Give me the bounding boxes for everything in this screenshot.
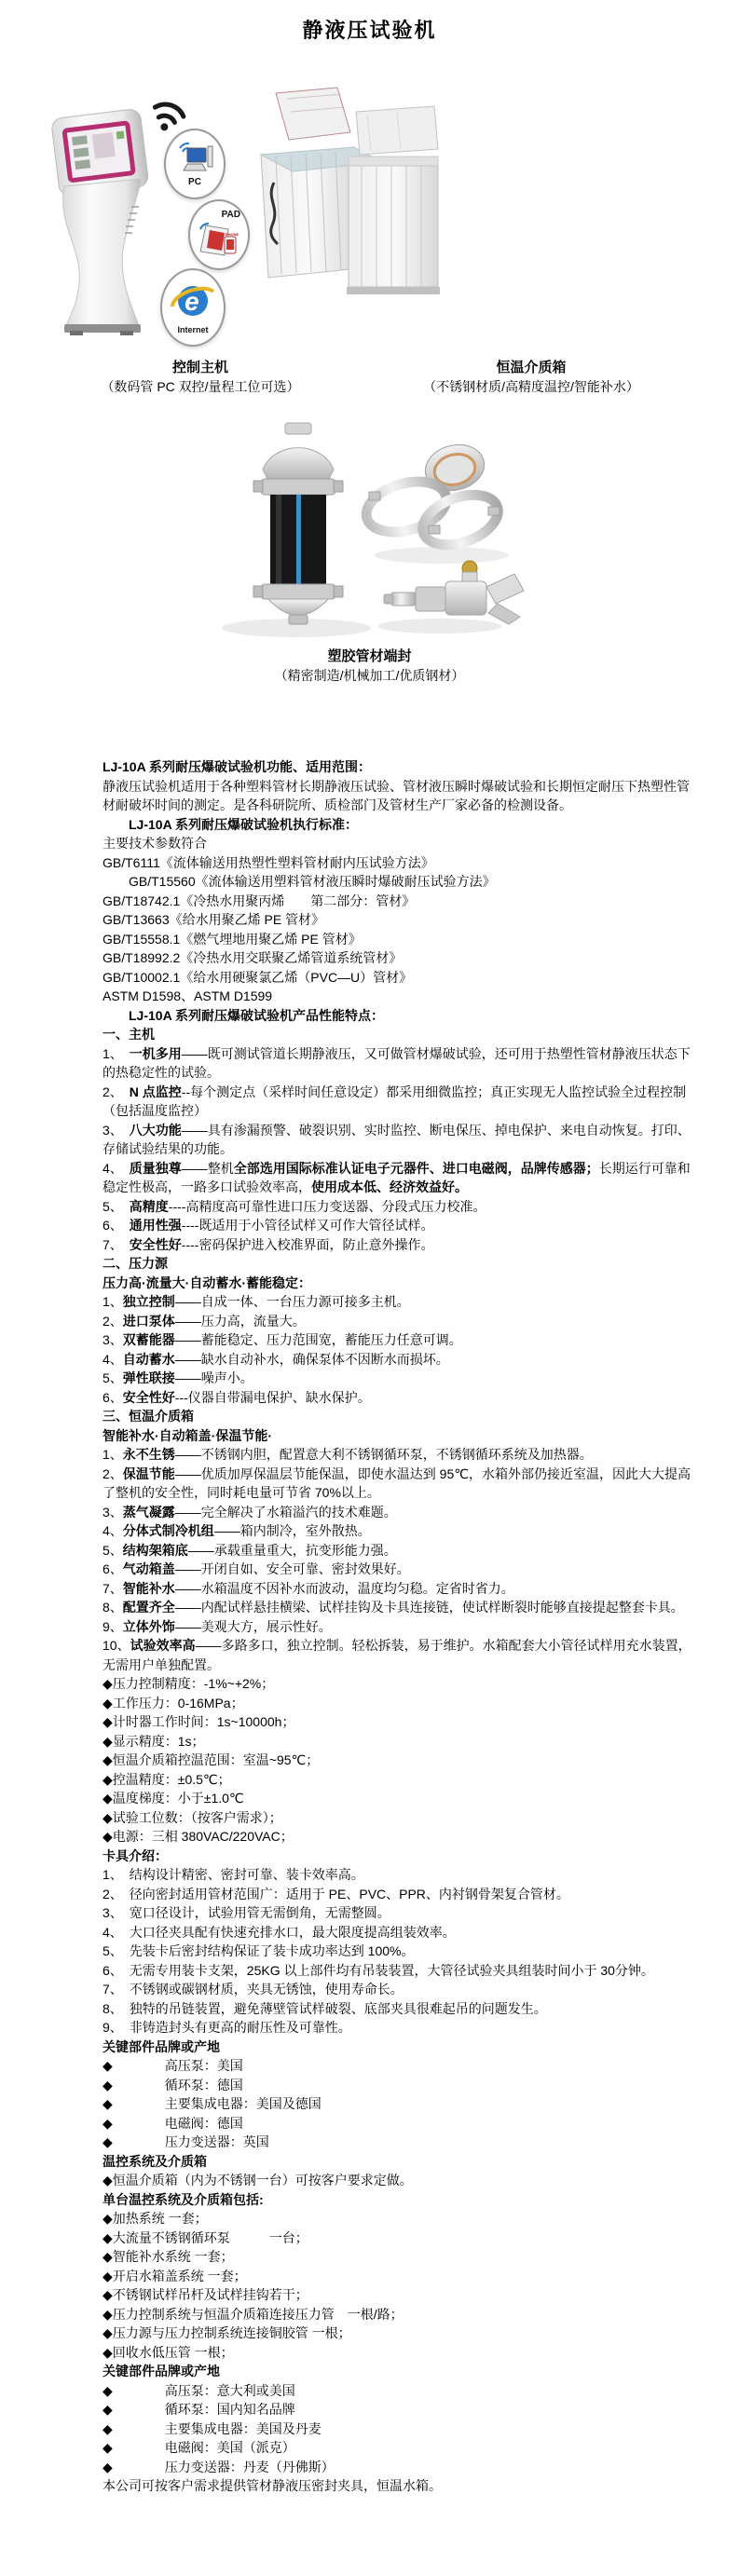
body-paragraph: ◆压力控制系统与恒温介质箱连接压力管 一根/路； <box>103 2305 693 2324</box>
pc-icon-label: PC <box>188 178 201 187</box>
body-paragraph: 7、 安全性好----密码保护进入校准界面，防止意外操作。 <box>103 1235 693 1255</box>
caption-title: 塑胶管材端封 <box>0 647 739 666</box>
body-paragraph: ◆回收水低压管 一根； <box>103 2343 693 2363</box>
body-paragraph: 三、恒温介质箱 <box>103 1407 693 1426</box>
body-paragraph: 关键部件品牌或产地 <box>103 2362 693 2381</box>
caption-control-host: 控制主机 （数码管 PC 双控/量程工位可选） <box>23 358 377 397</box>
pad-icon-label: PAD <box>222 211 240 220</box>
body-paragraph: 1、 结构设计精密、密封可靠、装卡效率高。 <box>103 1865 693 1885</box>
body-paragraph: ◆ 主要集成电器：美国及德国 <box>103 2094 693 2114</box>
body-paragraph: ◆ 压力变送器：丹麦（丹佛斯） <box>103 2458 693 2477</box>
body-paragraph: 3、 宽口径设计，试验用管无需倒角，无需整圆。 <box>103 1903 693 1923</box>
pipe-stripe <box>296 495 301 584</box>
body-paragraph: LJ-10A 系列耐压爆破试验机执行标准： <box>103 815 693 835</box>
body-paragraph: 3、双蓄能器——蓄能稳定、压力范围宽，蓄能压力任意可调。 <box>103 1330 693 1350</box>
body-paragraph: ◆电源：三相 380VAC/220VAC； <box>103 1827 693 1847</box>
page-title: 静液压试验机 <box>0 15 739 44</box>
body-paragraph: 2、进口泵体——压力高，流量大。 <box>103 1312 693 1331</box>
body-paragraph: 4、自动蓄水——缺水自动补水，确保泵体不因断水而损坏。 <box>103 1350 693 1370</box>
body-paragraph: 3、蒸气凝露——完全解决了水箱溢汽的技术难题。 <box>103 1503 693 1522</box>
body-paragraph: 卡具介绍： <box>103 1847 693 1866</box>
body-paragraph: ◆智能补水系统 一套； <box>103 2247 693 2267</box>
body-paragraph: 2、保温节能——优质加厚保温层节能保温，即使水温达到 95℃，水箱外部仍接近室温… <box>103 1465 693 1503</box>
body-paragraph: ◆ 高压泵：美国 <box>103 2056 693 2076</box>
pipe-seal-photo <box>211 417 527 643</box>
body-paragraph: GB/T18742.1《冷热水用聚丙烯 第二部分：管材》 <box>103 892 693 911</box>
internet-icon-label: Internet <box>177 325 208 334</box>
caption-title: 控制主机 <box>23 358 377 377</box>
body-paragraph: 1、永不生锈——不锈钢内胆，配置意大利不锈钢循环泵，不锈钢循环系统及加热器。 <box>103 1445 693 1465</box>
body-paragraph: 智能补水·自动箱盖·保温节能· <box>103 1426 693 1446</box>
body-paragraph: ◆ 电磁阀：德国 <box>103 2114 693 2133</box>
pad-icon: PAD PHONE <box>188 199 250 270</box>
body-paragraph: ◆开启水箱盖系统 一套； <box>103 2267 693 2286</box>
body-paragraph: 6、 无需专用装卡支架，25KG 以上部件均有吊装装置，大管径试验夹具组装时间小… <box>103 1961 693 1981</box>
body-paragraph: 6、 通用性强----既适用于小管径试样又可作大管径试样。 <box>103 1216 693 1235</box>
body-paragraph: 10、试验效率高——多路多口，独立控制。轻松拆装，易于维护。水箱配套大小管径试样… <box>103 1636 693 1674</box>
body-paragraph: ◆ 电磁阀：美国（派克） <box>103 2438 693 2458</box>
body-paragraph: 1、独立控制——自成一体、一台压力源可接多主机。 <box>103 1292 693 1312</box>
body-paragraph: 本公司可按客户需求提供管材静液压密封夹具，恒温水箱。 <box>103 2476 693 2496</box>
body-paragraph: 2、 N 点监控--每个测定点（采样时间任意设定）都采用细微监控；真正实现无人监… <box>103 1083 693 1121</box>
body-paragraph: ◆加热系统 一套； <box>103 2209 693 2228</box>
body-paragraph: 静液压试验机适用于各种塑料管材长期静液压试验、管材液压瞬时爆破试验和长期恒定耐压… <box>103 777 693 815</box>
body-paragraph: ◆温度梯度：小于±1.0℃ <box>103 1789 693 1808</box>
body-paragraph: LJ-10A 系列耐压爆破试验机产品性能特点： <box>103 1006 693 1026</box>
caption-title: 恒温介质箱 <box>363 358 699 377</box>
fitting-assembly <box>384 561 524 624</box>
body-paragraph: 4、 质量独尊——整机全部选用国际标准认证电子元器件、进口电磁阀，品牌传感器；长… <box>103 1159 693 1197</box>
wifi-icon <box>149 101 185 135</box>
body-paragraph: ◆计时器工作时间：1s~10000h； <box>103 1712 693 1732</box>
media-tank-photo <box>244 86 458 319</box>
body-paragraph: ◆显示精度：1s； <box>103 1732 693 1751</box>
body-paragraph: 一、主机 <box>103 1025 693 1044</box>
body-paragraph: 6、安全性好---仪器自带漏电保护、缺水保护。 <box>103 1388 693 1408</box>
body-paragraph: 5、结构架箱底——承载重量重大，抗变形能力强。 <box>103 1541 693 1561</box>
body-paragraph: GB/T15558.1《燃气埋地用聚乙烯 PE 管材》 <box>103 930 693 949</box>
body-paragraph: ◆压力源与压力控制系统连接铜胶管 一根； <box>103 2324 693 2343</box>
body-paragraph: 压力高·流量大·自动蓄水·蓄能稳定： <box>103 1274 693 1293</box>
body-text: LJ-10A 系列耐压爆破试验机功能、适用范围：静液压试验机适用于各种塑料管材长… <box>103 757 693 2496</box>
pc-icon: PC <box>164 129 226 199</box>
body-paragraph: ◆ 循环泵：德国 <box>103 2076 693 2095</box>
body-paragraph: 主要技术参数符合 <box>103 834 693 853</box>
caption-media-tank: 恒温介质箱 （不锈钢材质/高精度温控/智能补水） <box>363 358 699 397</box>
phone-icon-label: PHONE <box>226 232 239 237</box>
body-paragraph: 3、 八大功能——具有渗漏预警、破裂识别、实时监控、断电保压、掉电保护、来电自动… <box>103 1121 693 1159</box>
caption-sub: （精密制造/机械加工/优质钢材） <box>0 666 739 686</box>
body-paragraph: LJ-10A 系列耐压爆破试验机功能、适用范围： <box>103 757 693 777</box>
body-paragraph: ◆ 主要集成电器：美国及丹麦 <box>103 2419 693 2439</box>
body-paragraph: 5、 先装卡后密封结构保证了装卡成功率达到 100%。 <box>103 1942 693 1961</box>
body-paragraph: 二、压力源 <box>103 1254 693 1274</box>
body-paragraph: 4、 大口径夹具配有快速充排水口，最大限度提高组装效率。 <box>103 1923 693 1942</box>
body-paragraph: GB/T15560《流体输送用塑料管材液压瞬时爆破耐压试验方法》 <box>103 872 693 892</box>
body-paragraph: ◆工作压力：0-16MPa； <box>103 1694 693 1713</box>
body-paragraph: ◆压力控制精度：-1%~+2%； <box>103 1674 693 1694</box>
body-paragraph: 关键部件品牌或产地 <box>103 2038 693 2057</box>
body-paragraph: ◆大流量不锈钢循环泵 一台； <box>103 2228 693 2248</box>
body-paragraph: 5、弹性联接——噪声小。 <box>103 1369 693 1388</box>
body-paragraph: 8、配置齐全——内配试样悬挂横梁、试样挂钩及卡具连接链，使试样断裂时能够直接提起… <box>103 1598 693 1617</box>
caption-sub: （数码管 PC 双控/量程工位可选） <box>23 377 377 397</box>
body-paragraph: ◆ 压力变送器：英国 <box>103 2133 693 2152</box>
body-paragraph: ◆控温精度：±0.5℃； <box>103 1770 693 1790</box>
console-body <box>63 179 141 326</box>
body-paragraph: 4、分体式制冷机组——箱内制冷，室外散热。 <box>103 1521 693 1541</box>
body-paragraph: 7、 不锈钢或碳钢材质，夹具无锈蚀，使用寿命长。 <box>103 1980 693 1999</box>
body-paragraph: 7、智能补水——水箱温度不因补水而波动，温度均匀稳。定省时省力。 <box>103 1579 693 1599</box>
tank-right <box>347 106 440 294</box>
body-paragraph: 单台温控系统及介质箱包括: <box>103 2190 693 2210</box>
body-paragraph: 1、 一机多用——既可测试管道长期静液压，又可做管材爆破试验，还可用于热塑性管材… <box>103 1044 693 1083</box>
body-paragraph: 5、 高精度----高精度高可靠性进口压力变送器、分段式压力校准。 <box>103 1197 693 1217</box>
body-paragraph: ◆不锈钢试样吊杆及试样挂钩若干； <box>103 2285 693 2305</box>
clamp-rings <box>361 439 505 554</box>
body-paragraph: ◆ 循环泵：国内知名品牌 <box>103 2400 693 2419</box>
body-paragraph: GB/T10002.1《给水用硬聚氯乙烯（PVC—U）管材》 <box>103 968 693 988</box>
body-paragraph: ASTM D1598、ASTM D1599 <box>103 987 693 1006</box>
body-paragraph: 8、 独特的吊链装置，避免薄壁管试样破裂、底部夹具很难起吊的问题发生。 <box>103 1999 693 2019</box>
body-paragraph: 温控系统及介质箱 <box>103 2152 693 2172</box>
body-paragraph: GB/T6111《流体输送用热塑性塑料管材耐内压试验方法》 <box>103 853 693 873</box>
internet-icon: e Internet <box>160 268 226 347</box>
body-paragraph: GB/T13663《给水用聚乙烯 PE 管材》 <box>103 910 693 930</box>
caption-sub: （不锈钢材质/高精度温控/智能补水） <box>363 377 699 397</box>
body-paragraph: ◆ 高压泵：意大利或美国 <box>103 2381 693 2401</box>
document-page: 静液压试验机 <box>0 0 739 2576</box>
body-paragraph: 9、立体外饰——美观大方，展示性好。 <box>103 1617 693 1637</box>
body-paragraph: 9、 非铸造封头有更高的耐压性及可靠性。 <box>103 2018 693 2038</box>
body-paragraph: ◆试验工位数：（按客户需求）； <box>103 1808 693 1828</box>
vessel <box>253 423 343 624</box>
body-paragraph: 2、 径向密封适用管材范围广：适用于 PE、PVC、PPR、内衬钢骨架复合管材。 <box>103 1885 693 1904</box>
body-paragraph: GB/T18992.2《冷热水用交联聚乙烯管道系统管材》 <box>103 948 693 968</box>
body-paragraph: ◆恒温介质箱控温范围：室温~95℃； <box>103 1751 693 1770</box>
figure-row-1: PC PAD PHONE e Internet <box>0 86 739 358</box>
caption-pipe-seal: 塑胶管材端封 （精密制造/机械加工/优质钢材） <box>0 647 739 686</box>
body-paragraph: 6、气动箱盖——开闭自如、安全可靠、密封效果好。 <box>103 1560 693 1579</box>
body-paragraph: ◆恒温介质箱（内为不锈钢一台）可按客户要求定做。 <box>103 2171 693 2190</box>
